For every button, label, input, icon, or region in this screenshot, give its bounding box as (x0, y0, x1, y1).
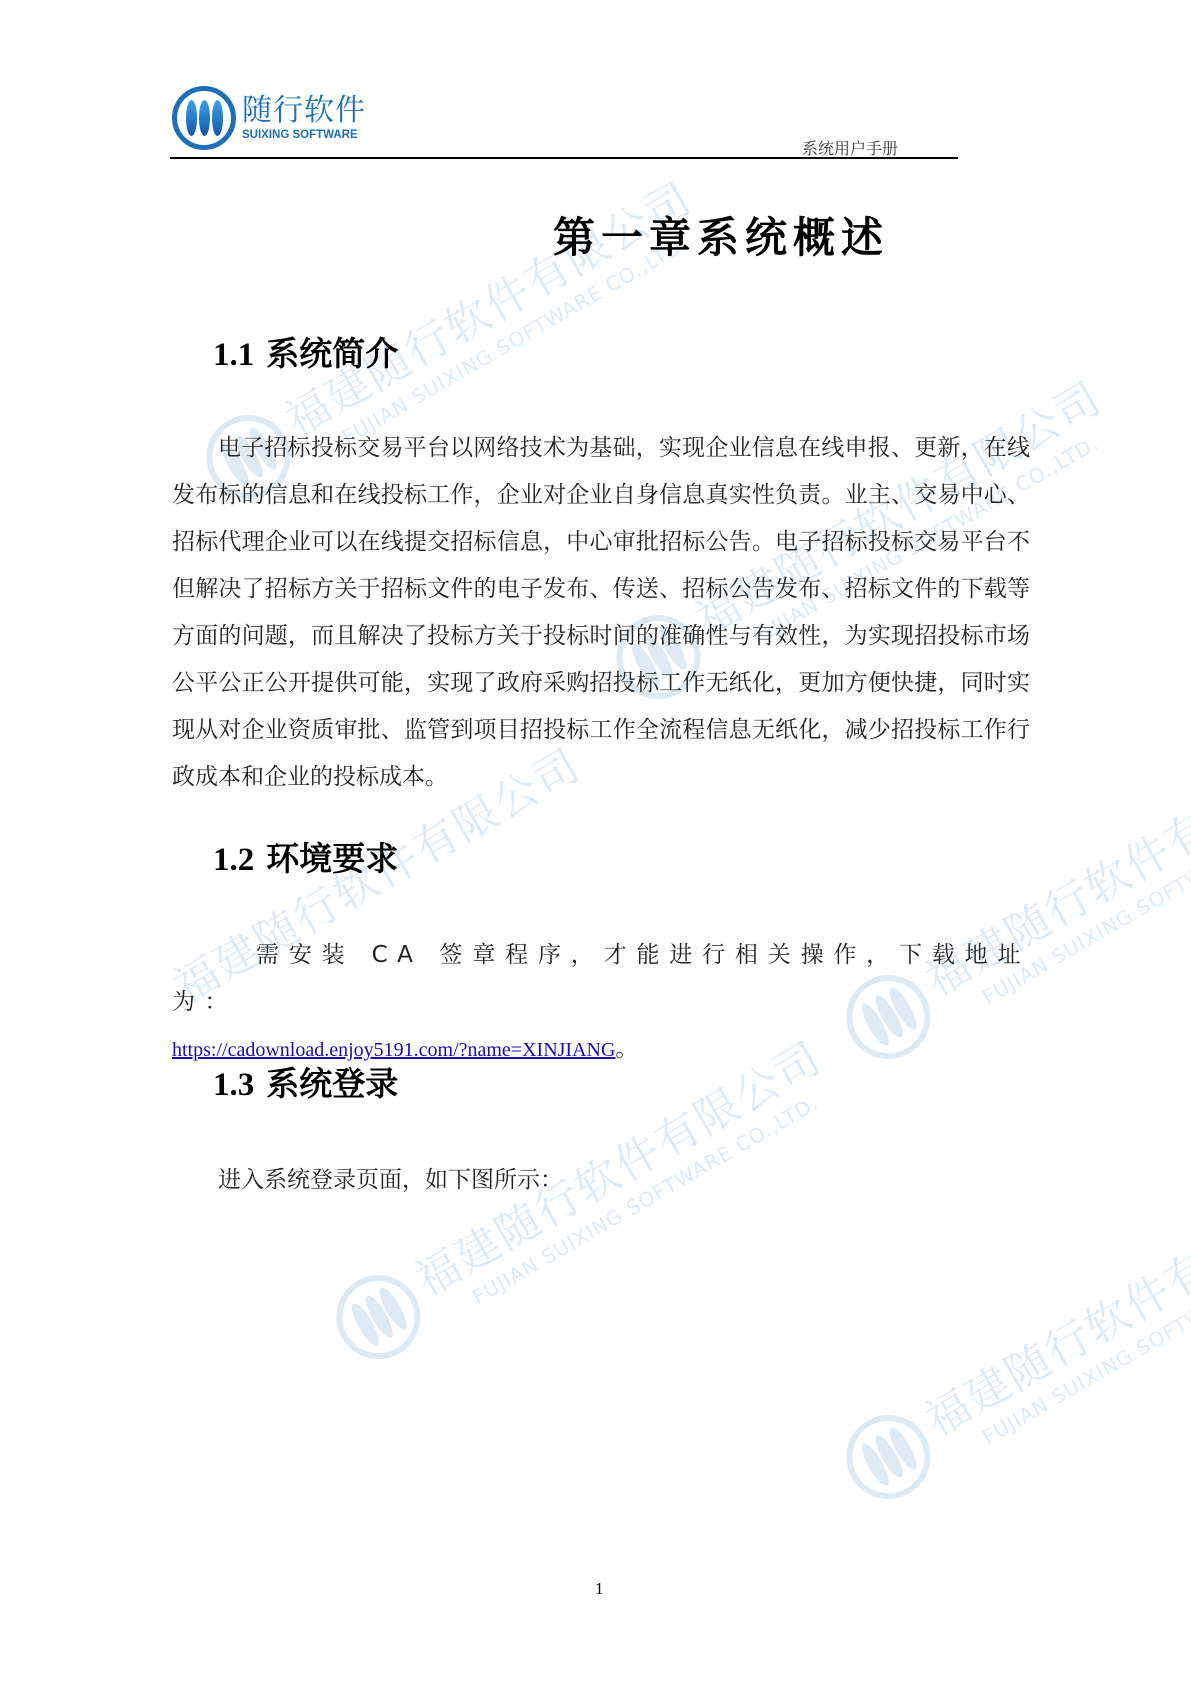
watermark: 福建随行软件有限公司FUJIAN SUIXING SOFTWARE CO.,LT… (320, 1300, 874, 1388)
logo-name-cn: 随行软件 (242, 94, 366, 128)
watermark-logo-icon (831, 1400, 946, 1515)
section-1-2-paragraph: 需安装 CA 签章程序，才能进行相关操作，下载地址为： https://cado… (172, 932, 1030, 1074)
paragraph-text: 需安装 CA 签章程序，才能进行相关操作，下载地址为： (172, 942, 1030, 1015)
section-heading-1-2: 1.2环境要求 (213, 833, 398, 880)
company-logo: 随行软件 SUIXING SOFTWARE (172, 86, 366, 150)
section-number: 1.3 (213, 1067, 254, 1103)
watermark-logo-icon (321, 1260, 436, 1375)
watermark-text: 福建随行软件有限公司 (911, 1163, 1191, 1448)
header-divider (170, 157, 958, 159)
section-number: 1.1 (213, 337, 254, 373)
section-heading-1-3: 1.3系统登录 (213, 1058, 398, 1105)
section-title: 系统简介 (266, 334, 398, 373)
section-title: 系统登录 (266, 1064, 398, 1103)
logo-name-en: SUIXING SOFTWARE (242, 128, 366, 142)
logo-icon (172, 86, 236, 150)
section-title: 环境要求 (266, 839, 398, 878)
chapter-title: 第一章系统概述 (553, 205, 889, 265)
section-number: 1.2 (213, 842, 254, 878)
page-number: 1 (595, 1579, 604, 1599)
section-1-3-paragraph: 进入系统登录页面，如下图所示： (172, 1157, 1030, 1204)
section-heading-1-1: 1.1系统简介 (213, 328, 398, 375)
watermark-text-en: FUJIAN SUIXING SOFTWARE CO.,LTD. (978, 1218, 1191, 1449)
watermark: 福建随行软件有限公司FUJIAN SUIXING SOFTWARE CO.,LT… (830, 1440, 1191, 1528)
paragraph-text: 。 (615, 1036, 638, 1062)
document-title: 系统用户手册 (802, 136, 898, 159)
section-1-1-paragraph: 电子招标投标交易平台以网络技术为基础，实现企业信息在线申报、更新，在线发布标的信… (172, 425, 1030, 801)
